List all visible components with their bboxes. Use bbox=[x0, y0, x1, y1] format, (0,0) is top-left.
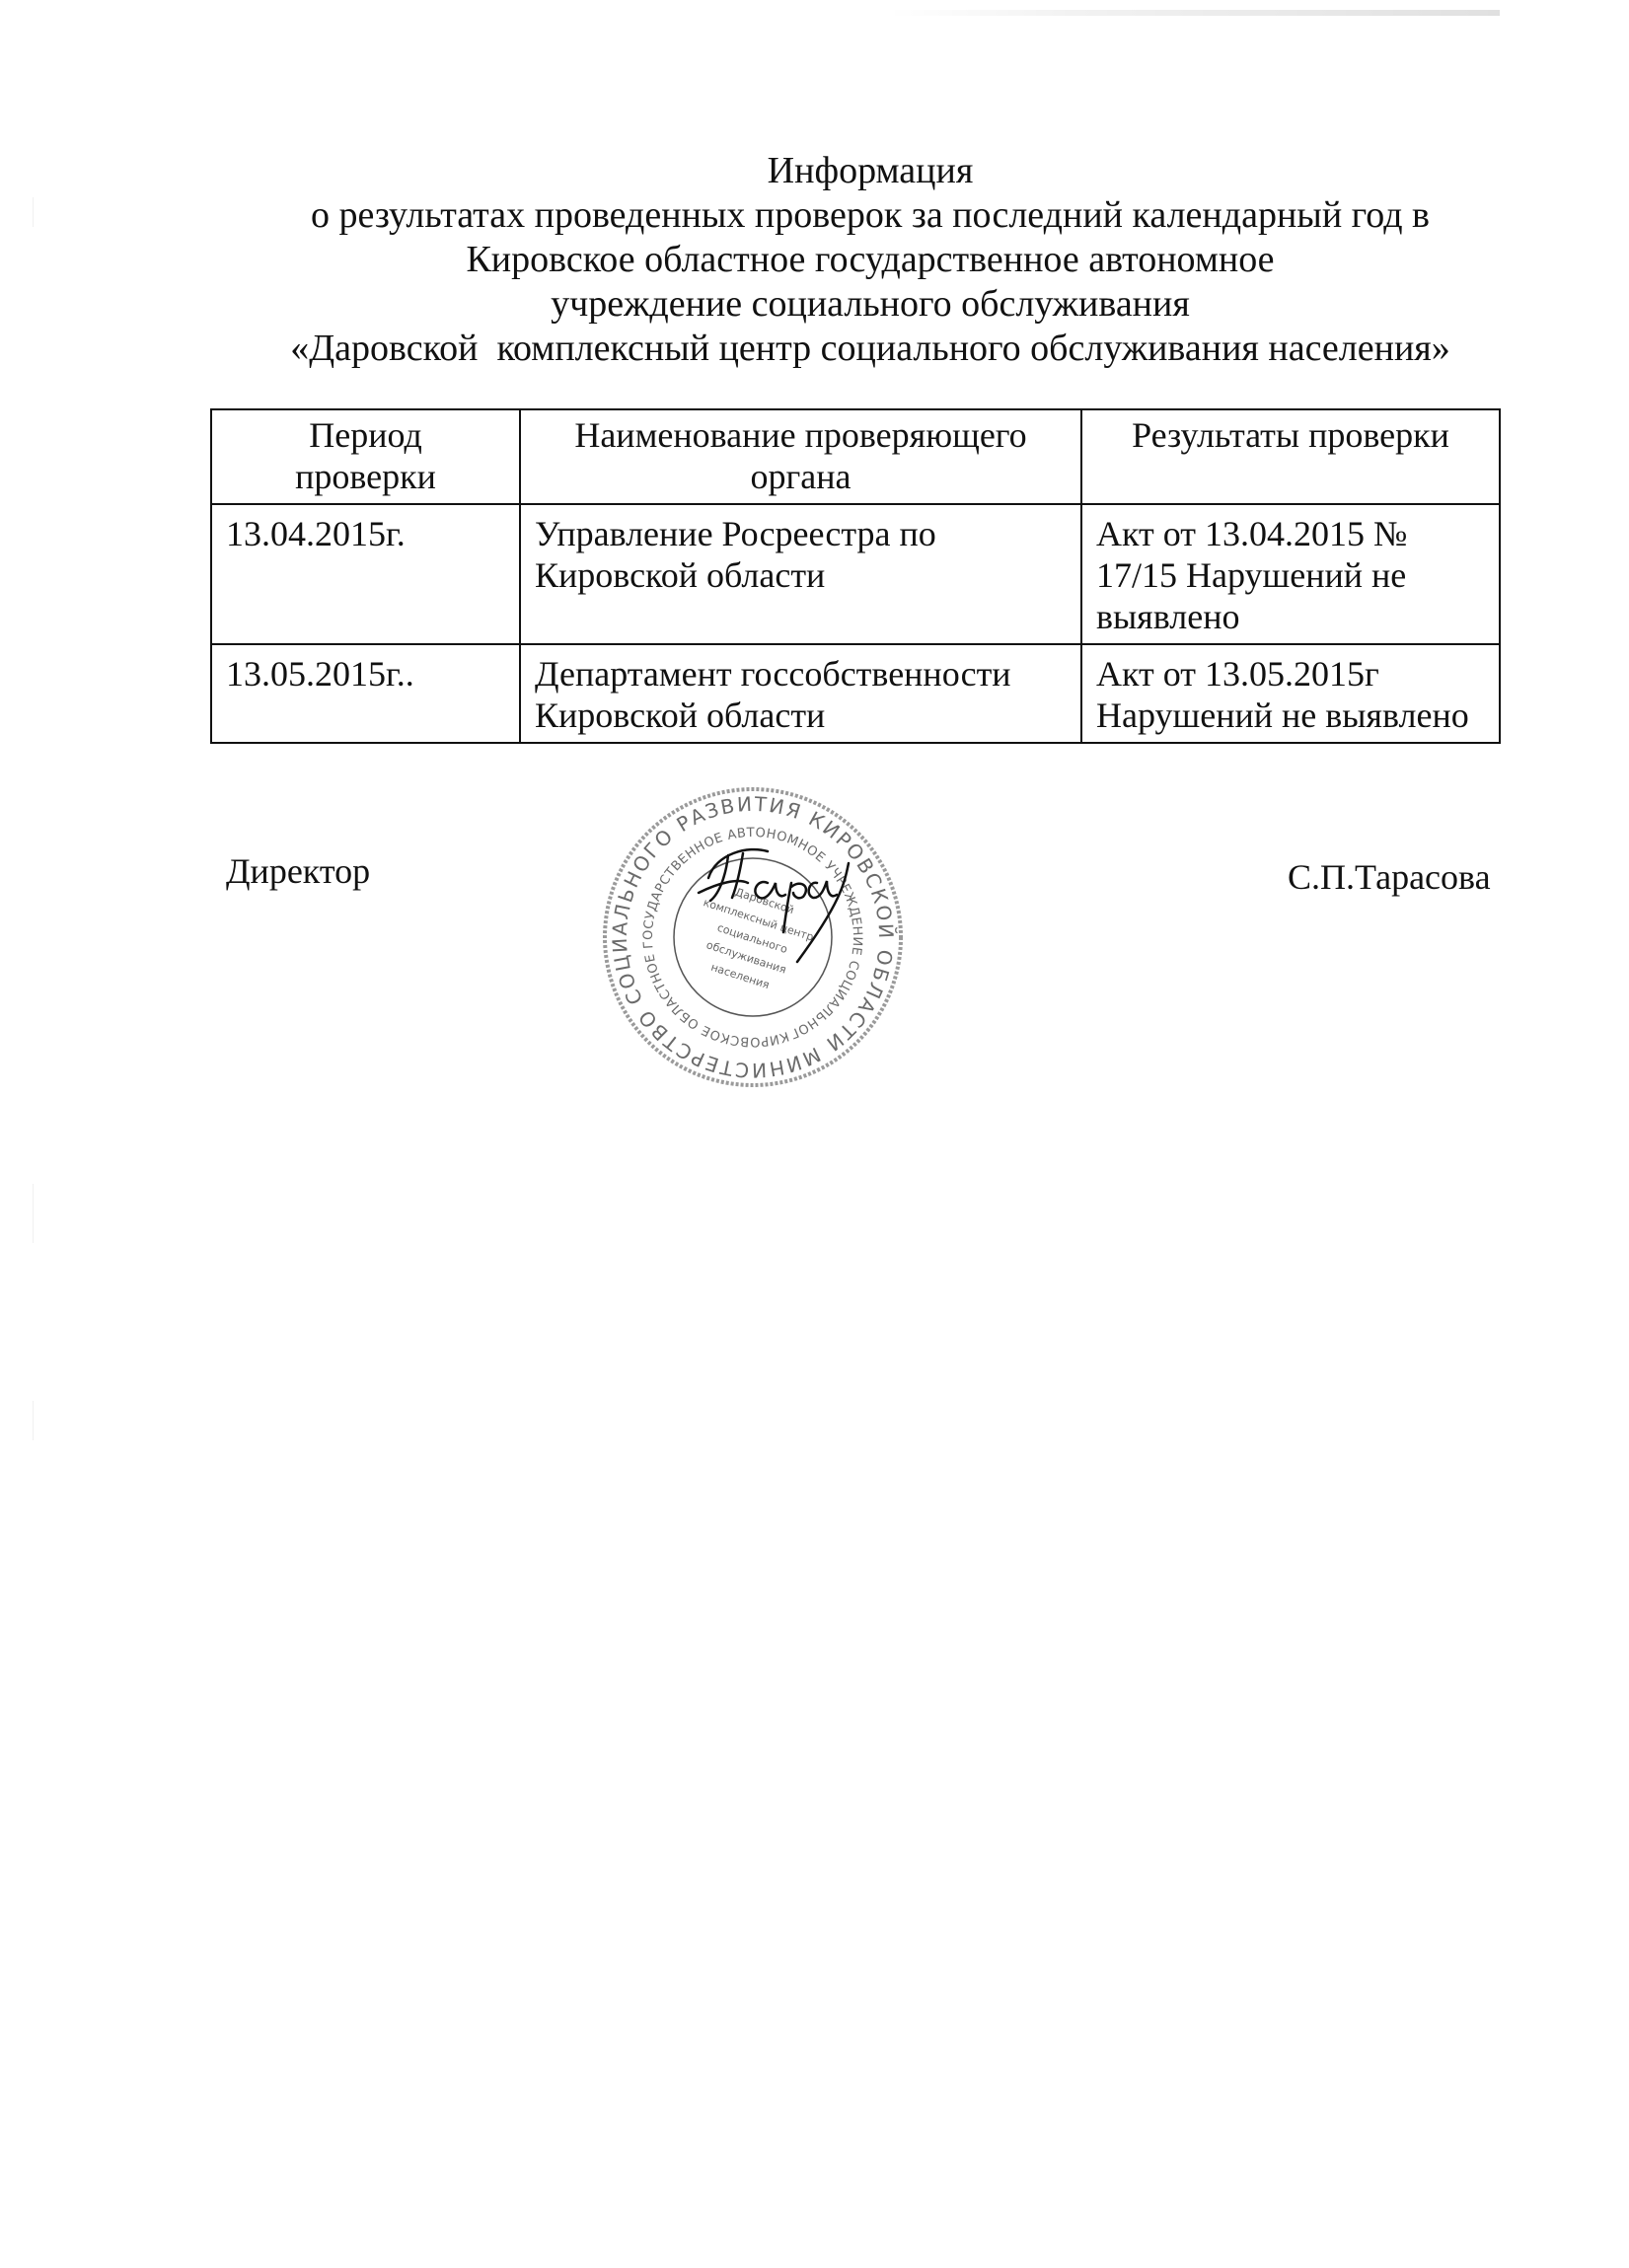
signatory-role: Директор bbox=[226, 850, 370, 892]
header-period: Период проверки bbox=[211, 409, 520, 504]
signatory-name: С.П.Тарасова bbox=[1288, 856, 1491, 898]
official-stamp-icon: МИНИСТЕРСТВО СОЦИАЛЬНОГО РАЗВИТИЯ КИРОВС… bbox=[600, 784, 906, 1090]
title-line: Информация bbox=[229, 149, 1512, 193]
scan-artifact bbox=[888, 10, 1500, 16]
cell-result: Акт от 13.05.2015г Нарушений не выявлено bbox=[1081, 644, 1500, 743]
margin-mark bbox=[33, 197, 34, 227]
cell-text: Акт от 13.04.2015 № 17/15 Нарушений не в… bbox=[1096, 514, 1407, 636]
table-header-row: Период проверки Наименование проверяющег… bbox=[211, 409, 1500, 504]
table-row: 13.05.2015г.. Департамент госсобственнос… bbox=[211, 644, 1500, 743]
title-line: учреждение социального обслуживания bbox=[229, 282, 1512, 327]
header-result: Результаты проверки bbox=[1081, 409, 1500, 504]
cell-text: Управление Росреестра по Кировской облас… bbox=[535, 514, 936, 595]
header-label: Период проверки bbox=[295, 415, 436, 496]
header-label: Наименование проверяющего органа bbox=[574, 415, 1026, 496]
header-label: Результаты проверки bbox=[1132, 415, 1449, 455]
cell-period: 13.05.2015г.. bbox=[211, 644, 520, 743]
margin-mark bbox=[33, 1401, 34, 1440]
title-line: о результатах проведенных проверок за по… bbox=[229, 193, 1512, 238]
title-line: Кировское областное государственное авто… bbox=[229, 238, 1512, 282]
margin-mark bbox=[33, 1184, 34, 1243]
cell-authority: Департамент госсобственности Кировской о… bbox=[520, 644, 1081, 743]
title-line: «Даровской комплексный центр социального… bbox=[229, 327, 1512, 371]
table-row: 13.04.2015г. Управление Росреестра по Ки… bbox=[211, 504, 1500, 644]
document-page: Информация о результатах проведенных про… bbox=[0, 0, 1629, 2268]
header-authority: Наименование проверяющего органа bbox=[520, 409, 1081, 504]
cell-text: Департамент госсобственности Кировской о… bbox=[535, 654, 1011, 735]
cell-text: 13.05.2015г.. bbox=[226, 654, 414, 694]
cell-result: Акт от 13.04.2015 № 17/15 Нарушений не в… bbox=[1081, 504, 1500, 644]
document-title: Информация о результатах проведенных про… bbox=[229, 149, 1512, 371]
cell-text: 13.04.2015г. bbox=[226, 514, 406, 553]
cell-text: Акт от 13.05.2015г Нарушений не выявлено bbox=[1096, 654, 1469, 735]
inspections-table: Период проверки Наименование проверяющег… bbox=[210, 408, 1501, 744]
cell-authority: Управление Росреестра по Кировской облас… bbox=[520, 504, 1081, 644]
cell-period: 13.04.2015г. bbox=[211, 504, 520, 644]
